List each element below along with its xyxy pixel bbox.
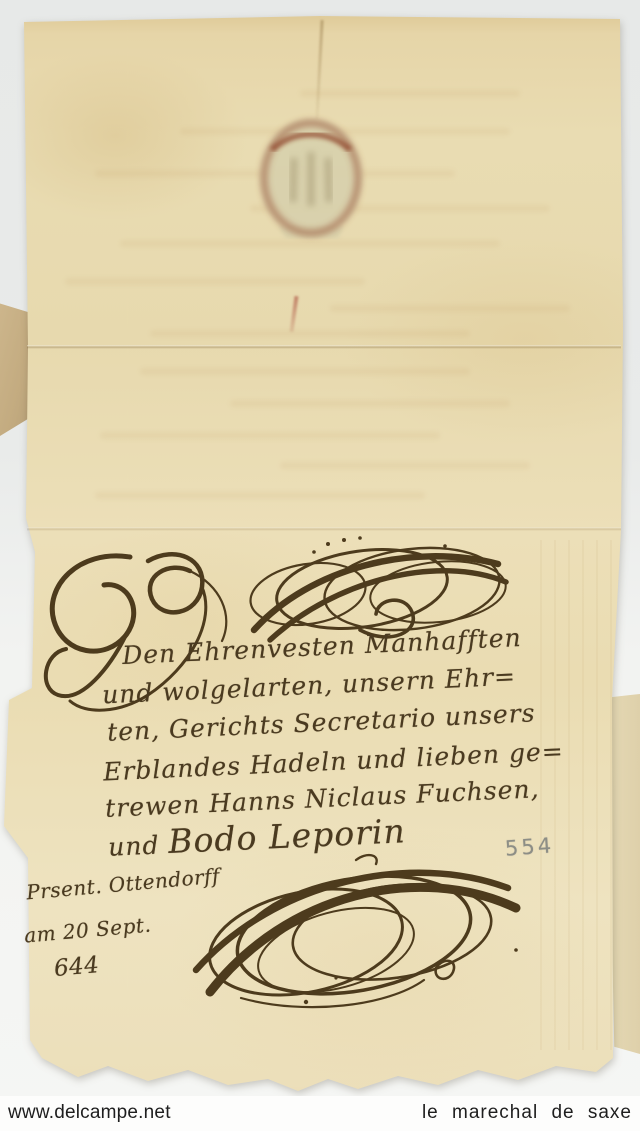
watermark-site-text: www.delcampe.net: [8, 1102, 171, 1124]
watermark-seller-text: le marechal de saxe: [422, 1102, 632, 1124]
fold-crease-lower: [27, 527, 621, 531]
fold-crease-upper: [27, 345, 621, 349]
photo-background: Den Ehrenvesten Manhafften und wolgelart…: [0, 0, 640, 1131]
address-final-prefix: und: [108, 830, 169, 862]
docket-line: 644: [53, 952, 100, 982]
wax-seal: [254, 114, 368, 244]
flourish-knot-bottom: [186, 850, 530, 1014]
watermark-bar: www.delcampe.net le marechal de saxe: [0, 1096, 640, 1131]
